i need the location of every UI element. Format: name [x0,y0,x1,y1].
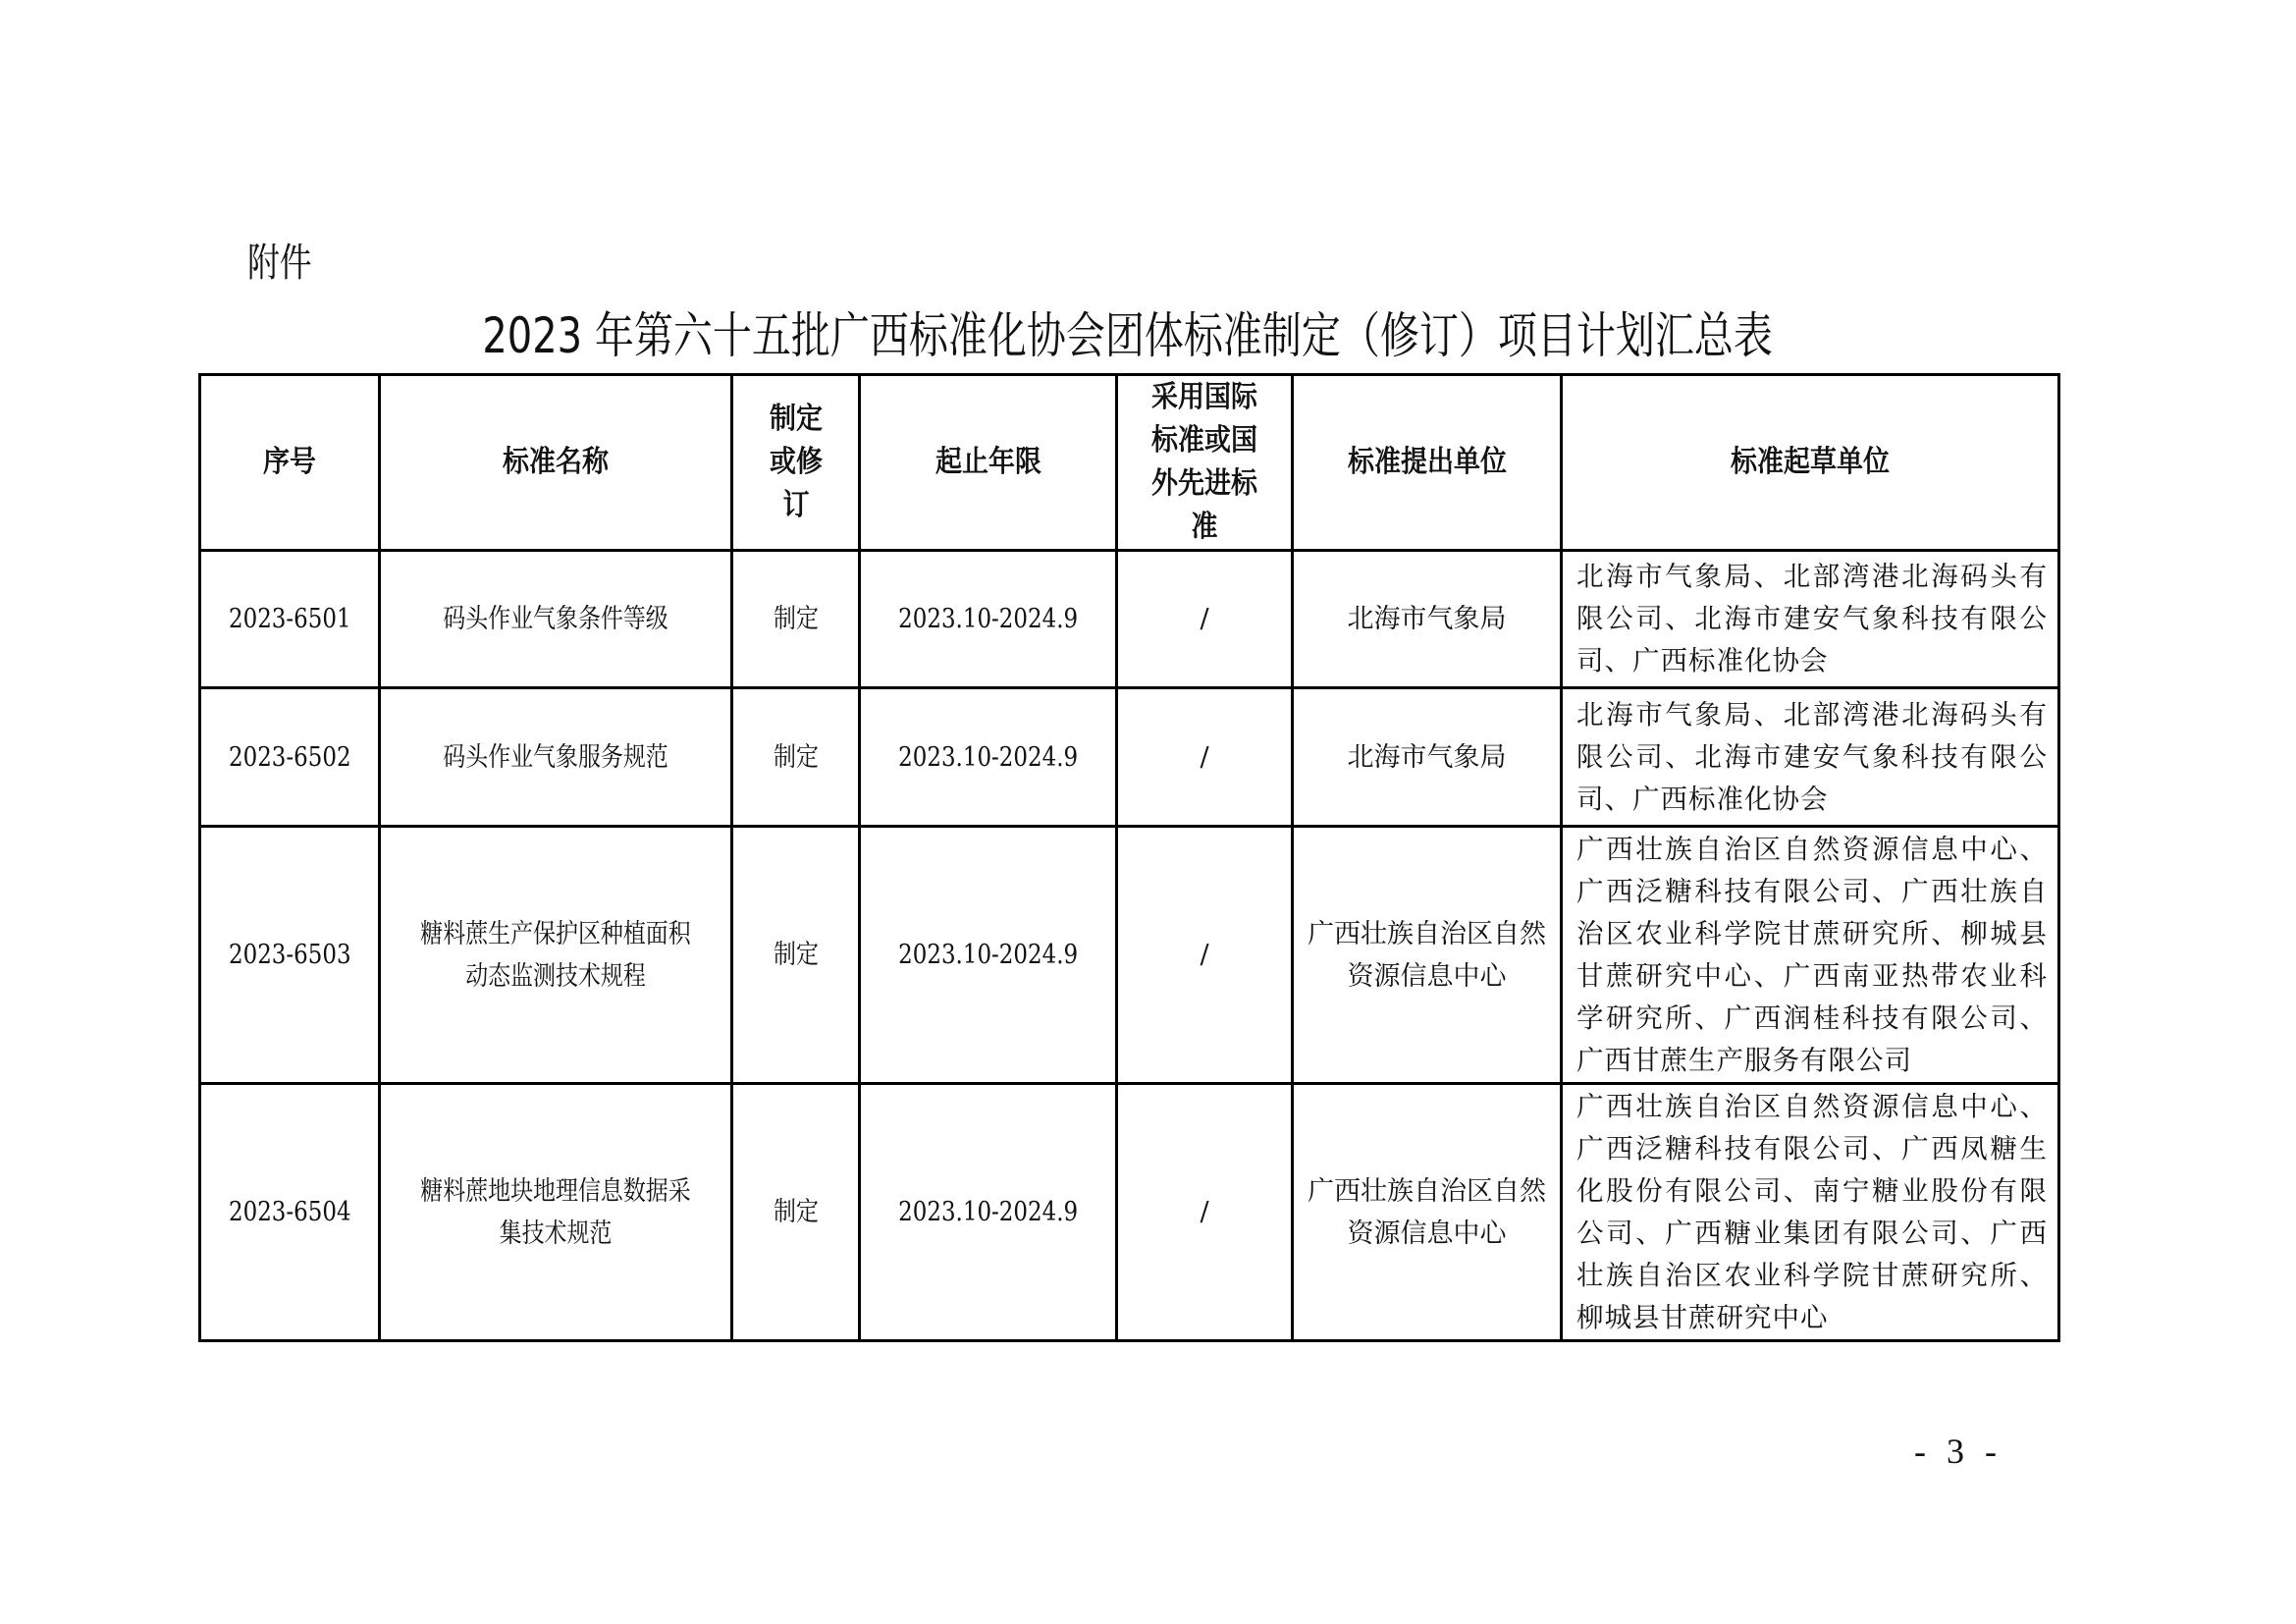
cell-drafters: 广西壮族自治区自然资源信息中心、广西泛糖科技有限公司、广西壮族自治区农业科学院甘… [1562,827,2059,1084]
cell-period: 2023.10-2024.9 [860,827,1117,1084]
cell-serial-number: 2023-6501 [200,551,380,688]
document-title-text: 2023 年第六十五批广西标准化协会团体标准制定（修订）项目计划汇总表 [483,306,1774,365]
cell-type: 制定 [732,827,860,1084]
cell-period: 2023.10-2024.9 [860,551,1117,688]
cell-standard-name: 码头作业气象条件等级 [380,551,732,688]
cell-type: 制定 [732,688,860,827]
cell-drafters: 北海市气象局、北部湾港北海码头有限公司、北海市建安气象科技有限公司、广西标准化协… [1562,551,2059,688]
cell-serial-number: 2023-6503 [200,827,380,1084]
header-standard-name: 标准名称 [380,375,732,551]
attachment-label: 附件 [247,240,312,287]
table-header-row: 序号 标准名称 制定 或修 订 起止年限 采用国际 标准或国 外先进标 准 标准… [200,375,2059,551]
cell-intl-standard: / [1117,1084,1293,1341]
cell-intl-standard: / [1117,688,1293,827]
page-number: - 3 - [1914,1430,2002,1473]
table-row: 2023-6501 码头作业气象条件等级 制定 2023.10-2024.9 /… [200,551,2059,688]
table-row: 2023-6503 糖料蔗生产保护区种植面积动态监测技术规程 制定 2023.1… [200,827,2059,1084]
header-intl-standard: 采用国际 标准或国 外先进标 准 [1117,375,1293,551]
cell-period: 2023.10-2024.9 [860,688,1117,827]
cell-type: 制定 [732,551,860,688]
header-drafters: 标准起草单位 [1562,375,2059,551]
cell-standard-name: 糖料蔗生产保护区种植面积动态监测技术规程 [380,827,732,1084]
cell-type: 制定 [732,1084,860,1341]
table-row: 2023-6504 糖料蔗地块地理信息数据采集技术规范 制定 2023.10-2… [200,1084,2059,1341]
cell-intl-standard: / [1117,827,1293,1084]
cell-intl-standard: / [1117,551,1293,688]
cell-period: 2023.10-2024.9 [860,1084,1117,1341]
header-proposer: 标准提出单位 [1293,375,1562,551]
cell-serial-number: 2023-6502 [200,688,380,827]
cell-proposer: 北海市气象局 [1293,688,1562,827]
cell-proposer: 北海市气象局 [1293,551,1562,688]
cell-serial-number: 2023-6504 [200,1084,380,1341]
header-type: 制定 或修 订 [732,375,860,551]
cell-drafters: 广西壮族自治区自然资源信息中心、广西泛糖科技有限公司、广西凤糖生化股份有限公司、… [1562,1084,2059,1341]
header-period: 起止年限 [860,375,1117,551]
cell-standard-name: 糖料蔗地块地理信息数据采集技术规范 [380,1084,732,1341]
standards-plan-table: 序号 标准名称 制定 或修 订 起止年限 采用国际 标准或国 外先进标 准 标准… [198,373,2060,1342]
cell-standard-name: 码头作业气象服务规范 [380,688,732,827]
cell-drafters: 北海市气象局、北部湾港北海码头有限公司、北海市建安气象科技有限公司、广西标准化协… [1562,688,2059,827]
cell-proposer: 广西壮族自治区自然资源信息中心 [1293,1084,1562,1341]
cell-proposer: 广西壮族自治区自然资源信息中心 [1293,827,1562,1084]
table-row: 2023-6502 码头作业气象服务规范 制定 2023.10-2024.9 /… [200,688,2059,827]
document-title: 2023 年第六十五批广西标准化协会团体标准制定（修订）项目计划汇总表 [198,306,2057,365]
header-serial-number: 序号 [200,375,380,551]
